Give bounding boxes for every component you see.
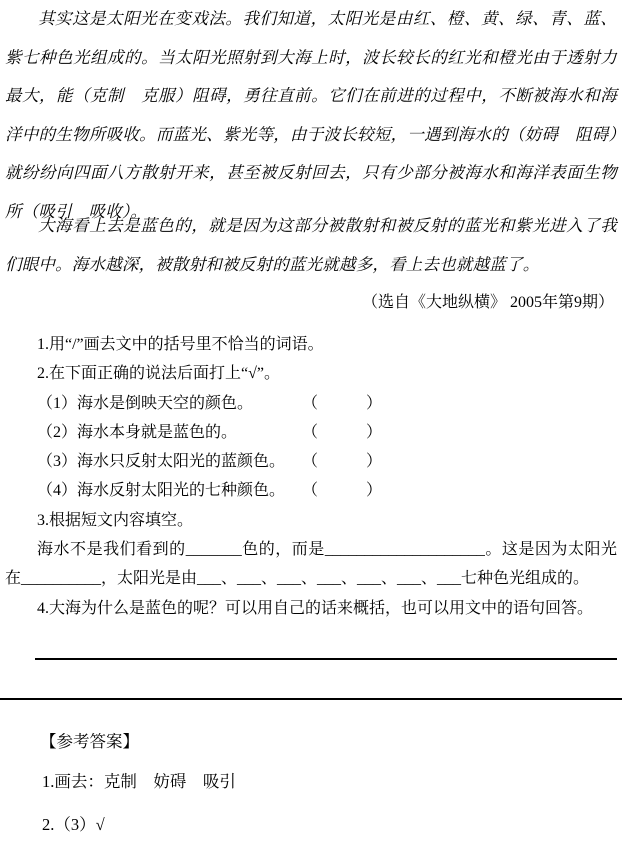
section-divider-line <box>0 698 622 700</box>
question-1: 1.用“/”画去文中的括号里不恰当的词语。 <box>5 330 617 359</box>
question-2-item-4-answer-parens: （ ） <box>302 476 382 505</box>
question-2-item-3-answer-parens: （ ） <box>302 447 382 476</box>
passage-paragraph-2: 大海看上去是蓝色的，就是因为这部分被散射和被反射的蓝光和紫光进入了我们眼中。海水… <box>5 207 617 284</box>
question-3: 3.根据短文内容填空。 <box>5 506 617 535</box>
passage-paragraph-1: 其实这是太阳光在变戏法。我们知道，太阳光是由红、橙、黄、绿、青、蓝、紫七种色光组… <box>5 0 617 231</box>
question-2-item-3-text: （3）海水只反射太阳光的蓝颜色。 <box>37 453 285 470</box>
question-2-item-2: （2）海水本身就是蓝色的。 （ ） <box>5 418 617 447</box>
answer-key-item-2: 2.（3）√ <box>42 813 105 837</box>
answer-key-item-1: 1.画去：克制 妨碍 吸引 <box>42 770 236 794</box>
question-2-item-4-text: （4）海水反射太阳光的七种颜色。 <box>37 482 285 499</box>
question-2-item-4: （4）海水反射太阳光的七种颜色。 （ ） <box>5 476 617 505</box>
question-3-fill-blanks: 海水不是我们看到的_______色的，而是___________________… <box>5 535 617 594</box>
source-attribution: （选自《大地纵横》 2005年第9期） <box>5 291 614 315</box>
questions-section: 1.用“/”画去文中的括号里不恰当的词语。 2.在下面正确的说法后面打上“√”。… <box>5 330 617 623</box>
question-2-item-1: （1）海水是倒映天空的颜色。 （ ） <box>5 389 617 418</box>
question-2-item-2-text: （2）海水本身就是蓝色的。 <box>37 424 237 441</box>
question-2-item-1-text: （1）海水是倒映天空的颜色。 <box>37 395 253 412</box>
question-2-item-2-answer-parens: （ ） <box>302 418 382 447</box>
question-4: 4.大海为什么是蓝色的呢？可以用自己的话来概括，也可以用文中的语句回答。 <box>5 594 617 623</box>
worksheet-page: 其实这是太阳光在变戏法。我们知道，太阳光是由红、橙、黄、绿、青、蓝、紫七种色光组… <box>0 0 622 843</box>
question-4-answer-blank-line <box>35 658 617 660</box>
answer-key-heading: 【参考答案】 <box>40 730 139 754</box>
question-2-item-1-answer-parens: （ ） <box>302 389 382 418</box>
question-2: 2.在下面正确的说法后面打上“√”。 <box>5 359 617 388</box>
question-2-item-3: （3）海水只反射太阳光的蓝颜色。 （ ） <box>5 447 617 476</box>
